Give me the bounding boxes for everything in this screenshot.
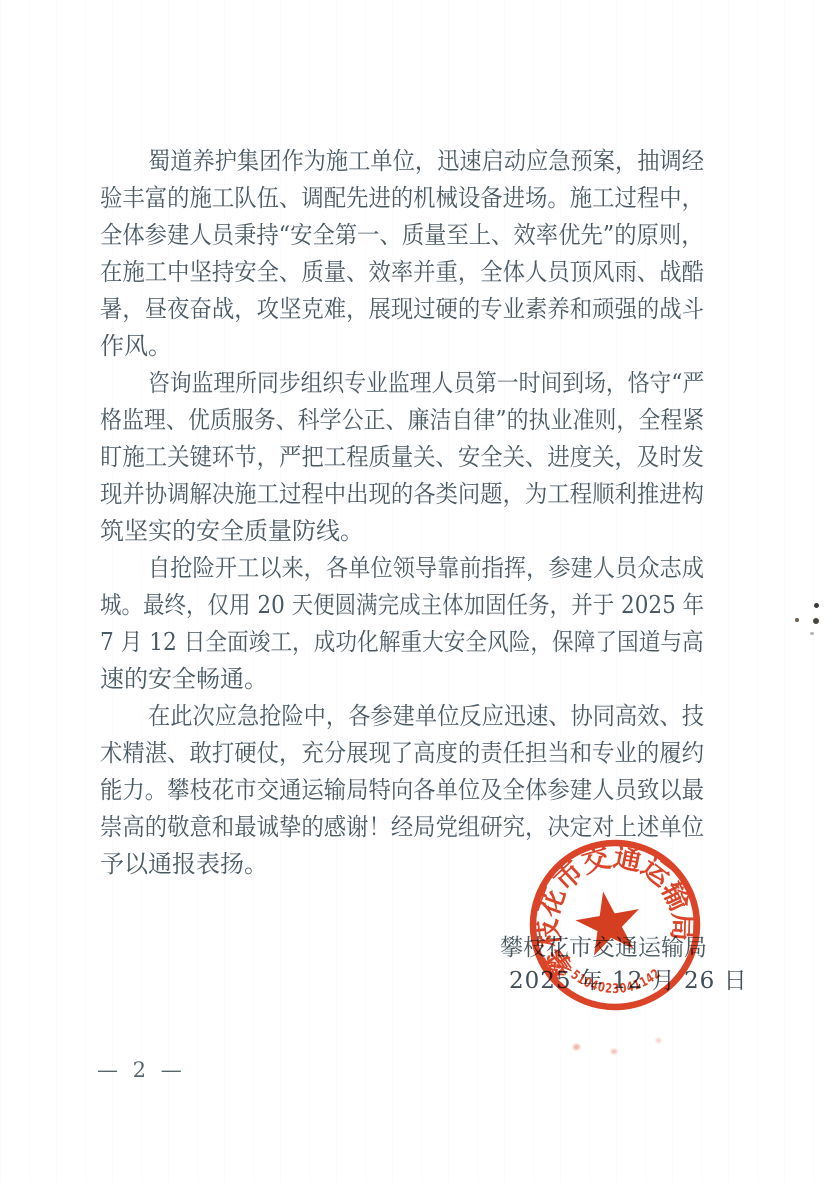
scan-speck <box>814 603 819 608</box>
text-line: 咨询监理所同步组织专业监理人员第一时间到场，恪守“严 <box>100 365 704 402</box>
text-line: 在此次应急抢险中，各参建单位反应迅速、协同高效、技 <box>100 698 704 735</box>
text-line: 自抢险开工以来，各单位领导靠前指挥，参建人员众志成 <box>100 550 704 587</box>
paragraph: 蜀道养护集团作为施工单位，迅速启动应急预案，抽调经验丰富的施工队伍、调配先进的机… <box>100 143 704 365</box>
svg-text:5104023041142: 5104023041142 <box>568 966 665 997</box>
seal-serial: 5104023041142 <box>568 966 665 997</box>
star-icon <box>571 886 645 958</box>
text-line: 能力。攀枝花市交通运输局特向各单位及全体参建人员致以最 <box>100 772 704 809</box>
text-line: 验丰富的施工队伍、调配先进的机械设备进场。施工过程中， <box>100 180 704 217</box>
document-page: 蜀道养护集团作为施工单位，迅速启动应急预案，抽调经验丰富的施工队伍、调配先进的机… <box>0 0 834 1183</box>
page-number: — 2 — <box>97 1058 186 1082</box>
scan-speck <box>810 632 814 635</box>
text-line: 现并协调解决施工过程中出现的各类问题，为工程顺利推进构 <box>100 476 704 513</box>
text-line: 格监理、优质服务、科学公正、廉洁自律”的执业准则，全程紧 <box>100 402 704 439</box>
paragraph: 自抢险开工以来，各单位领导靠前指挥，参建人员众志成城。最终，仅用 20 天便圆满… <box>100 550 704 698</box>
ink-smudge <box>611 1049 617 1054</box>
text-line: 作风。 <box>100 328 704 365</box>
text-line: 城。最终，仅用 20 天便圆满完成主体加固任务，并于 2025 年 <box>100 587 704 624</box>
text-line: 蜀道养护集团作为施工单位，迅速启动应急预案，抽调经 <box>100 143 704 180</box>
text-line: 盯施工关键环节，严把工程质量关、安全关、进度关，及时发 <box>100 439 704 476</box>
ink-smudge <box>656 1038 661 1043</box>
scan-speck <box>813 618 819 624</box>
seal-ring-text: 攀枝花市交通运输局 <box>530 840 699 984</box>
svg-text:攀枝花市交通运输局: 攀枝花市交通运输局 <box>530 840 699 984</box>
paragraph: 咨询监理所同步组织专业监理人员第一时间到场，恪守“严格监理、优质服务、科学公正、… <box>100 365 704 550</box>
text-line: 暑，昼夜奋战，攻坚克难，展现过硬的专业素养和顽强的战斗 <box>100 291 704 328</box>
ink-smudge <box>573 1044 580 1050</box>
scan-speck <box>795 618 799 622</box>
text-line: 筑坚实的安全质量防线。 <box>100 513 704 550</box>
text-line: 7 月 12 日全面竣工，成功化解重大安全风险，保障了国道与高 <box>100 624 704 661</box>
text-line: 全体参建人员秉持“安全第一、质量至上、效率优先”的原则， <box>100 217 704 254</box>
official-seal: 攀枝花市交通运输局 5104023041142 <box>527 837 703 1013</box>
text-line: 术精湛、敢打硬仗，充分展现了高度的责任担当和专业的履约 <box>100 735 704 772</box>
text-line: 在施工中坚持安全、质量、效率并重，全体人员顶风雨、战酷 <box>100 254 704 291</box>
document-body: 蜀道养护集团作为施工单位，迅速启动应急预案，抽调经验丰富的施工队伍、调配先进的机… <box>100 143 704 883</box>
text-line: 速的安全畅通。 <box>100 661 704 698</box>
